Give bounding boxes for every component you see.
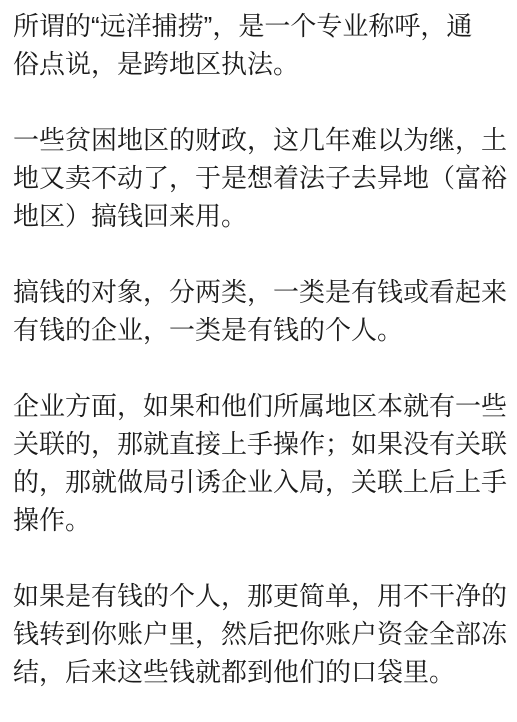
text-line: 的，那就做局引诱企业入局，关联上后上手	[13, 463, 505, 501]
text-line: 地又卖不动了，于是想着法子去异地（富裕	[13, 159, 505, 197]
text-line: 结，后来这些钱就都到他们的口袋里。	[13, 653, 505, 691]
text-line: 如果是有钱的个人，那更简单，用不干净的	[13, 577, 505, 615]
text-line: 地区）搞钱回来用。	[13, 197, 505, 235]
text-line: 企业方面，如果和他们所属地区本就有一些	[13, 387, 505, 425]
paragraph-2: 一些贫困地区的财政，这几年难以为继，土 地又卖不动了，于是想着法子去异地（富裕 …	[13, 121, 505, 235]
paragraph-4: 企业方面，如果和他们所属地区本就有一些 关联的，那就直接上手操作；如果没有关联 …	[13, 387, 505, 539]
paragraph-1: 所谓的“远洋捕捞”，是一个专业称呼，通 俗点说，是跨地区执法。	[13, 7, 505, 83]
paragraph-3: 搞钱的对象，分两类，一类是有钱或看起来 有钱的企业，一类是有钱的个人。	[13, 273, 505, 349]
text-line: 一些贫困地区的财政，这几年难以为继，土	[13, 121, 505, 159]
text-line: 搞钱的对象，分两类，一类是有钱或看起来	[13, 273, 505, 311]
text-line: 俗点说，是跨地区执法。	[13, 45, 505, 83]
text-line: 钱转到你账户里，然后把你账户资金全部冻	[13, 615, 505, 653]
text-line: 有钱的企业，一类是有钱的个人。	[13, 311, 505, 349]
paragraph-5: 如果是有钱的个人，那更简单，用不干净的 钱转到你账户里，然后把你账户资金全部冻 …	[13, 577, 505, 691]
text-line: 所谓的“远洋捕捞”，是一个专业称呼，通	[13, 7, 505, 45]
text-line: 操作。	[13, 501, 505, 539]
article-body: 所谓的“远洋捕捞”，是一个专业称呼，通 俗点说，是跨地区执法。 一些贫困地区的财…	[0, 0, 517, 691]
text-line: 关联的，那就直接上手操作；如果没有关联	[13, 425, 505, 463]
